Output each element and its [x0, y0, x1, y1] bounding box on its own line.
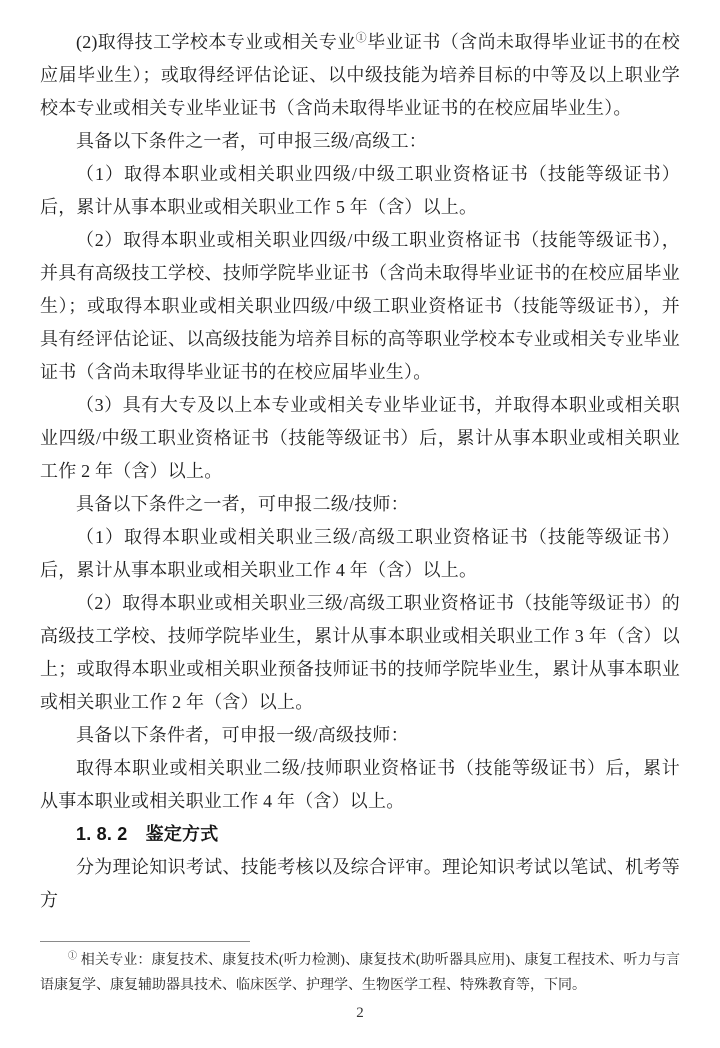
- paragraph-level1-intro: 具备以下条件者，可申报一级/高级技师：: [40, 719, 680, 752]
- section-heading-1-8-2: 1. 8. 2 鉴定方式: [40, 818, 680, 851]
- paragraph-level1-item1: 取得本职业或相关职业二级/技师职业资格证书（技能等级证书）后，累计从事本职业或相…: [40, 752, 680, 818]
- page-number: 2: [0, 1005, 720, 1022]
- paragraph-level3-item1: （1）取得本职业或相关职业四级/中级工职业资格证书（技能等级证书）后，累计从事本…: [40, 158, 680, 224]
- paragraph-level3-item2: （2）取得本职业或相关职业四级/中级工职业资格证书（技能等级证书），并具有高级技…: [40, 224, 680, 389]
- paragraph-intro-before: (2)取得技工学校本专业或相关专业: [76, 32, 356, 52]
- footnote-separator: [40, 941, 250, 942]
- paragraph-level2-intro: 具备以下条件之一者，可申报二级/技师：: [40, 488, 680, 521]
- paragraph-after-heading: 分为理论知识考试、技能考核以及综合评审。理论知识考试以笔试、机考等方: [40, 851, 680, 917]
- footnote-marker: ①: [68, 950, 77, 960]
- document-page: (2)取得技工学校本专业或相关专业①毕业证书（含尚未取得毕业证书的在校应届毕业生…: [0, 0, 720, 1048]
- footnote-text: 相关专业：康复技术、康复技术(听力检测)、康复技术(助听器具应用)、康复工程技术…: [40, 953, 680, 993]
- document-body: (2)取得技工学校本专业或相关专业①毕业证书（含尚未取得毕业证书的在校应届毕业生…: [40, 26, 680, 917]
- paragraph-level3-item3: （3）具有大专及以上本专业或相关专业毕业证书，并取得本职业或相关职业四级/中级工…: [40, 389, 680, 488]
- footnote-reference-marker: ①: [356, 32, 367, 44]
- paragraph-intro: (2)取得技工学校本专业或相关专业①毕业证书（含尚未取得毕业证书的在校应届毕业生…: [40, 26, 680, 125]
- footnote-block: ① 相关专业：康复技术、康复技术(听力检测)、康复技术(助听器具应用)、康复工程…: [40, 941, 680, 998]
- paragraph-level2-item1: （1）取得本职业或相关职业三级/高级工职业资格证书（技能等级证书）后，累计从事本…: [40, 521, 680, 587]
- paragraph-level2-item2: （2）取得本职业或相关职业三级/高级工职业资格证书（技能等级证书）的高级技工学校…: [40, 587, 680, 719]
- footnote-text-line: ① 相关专业：康复技术、康复技术(听力检测)、康复技术(助听器具应用)、康复工程…: [40, 948, 680, 998]
- paragraph-level3-intro: 具备以下条件之一者，可申报三级/高级工：: [40, 125, 680, 158]
